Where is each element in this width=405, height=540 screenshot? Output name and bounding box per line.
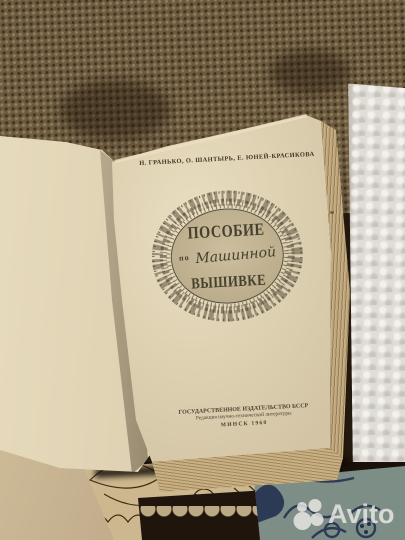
avito-watermark: Avito [293, 493, 405, 535]
imprint-block: ГОСУДАРСТВЕННОЕ ИЗДАТЕЛЬСТВО БССР Редакц… [138, 400, 349, 434]
page-speck [330, 211, 334, 214]
listing-photo: Н. ГРАНЬКО, О. ШАНТЫРЬ, Е. ЮНЕЙ-КРАСИКОВ… [0, 0, 405, 540]
fabric-stain [270, 50, 350, 95]
title-preposition: по [179, 253, 190, 263]
authors-line: Н. ГРАНЬКО, О. ШАНТЫРЬ, Е. ЮНЕЙ-КРАСИКОВ… [117, 149, 327, 169]
avito-dots-logo-icon [293, 498, 325, 530]
avito-wordmark: Avito [328, 501, 395, 528]
ornamental-wreath: ПОСОБИЕ по Машинной ВЫШИВКЕ [148, 182, 307, 330]
title-page-content: Н. ГРАНЬКО, О. ШАНТЫРЬ, Е. ЮНЕЙ-КРАСИКОВ… [115, 103, 344, 473]
scalloped-edge [140, 506, 266, 524]
